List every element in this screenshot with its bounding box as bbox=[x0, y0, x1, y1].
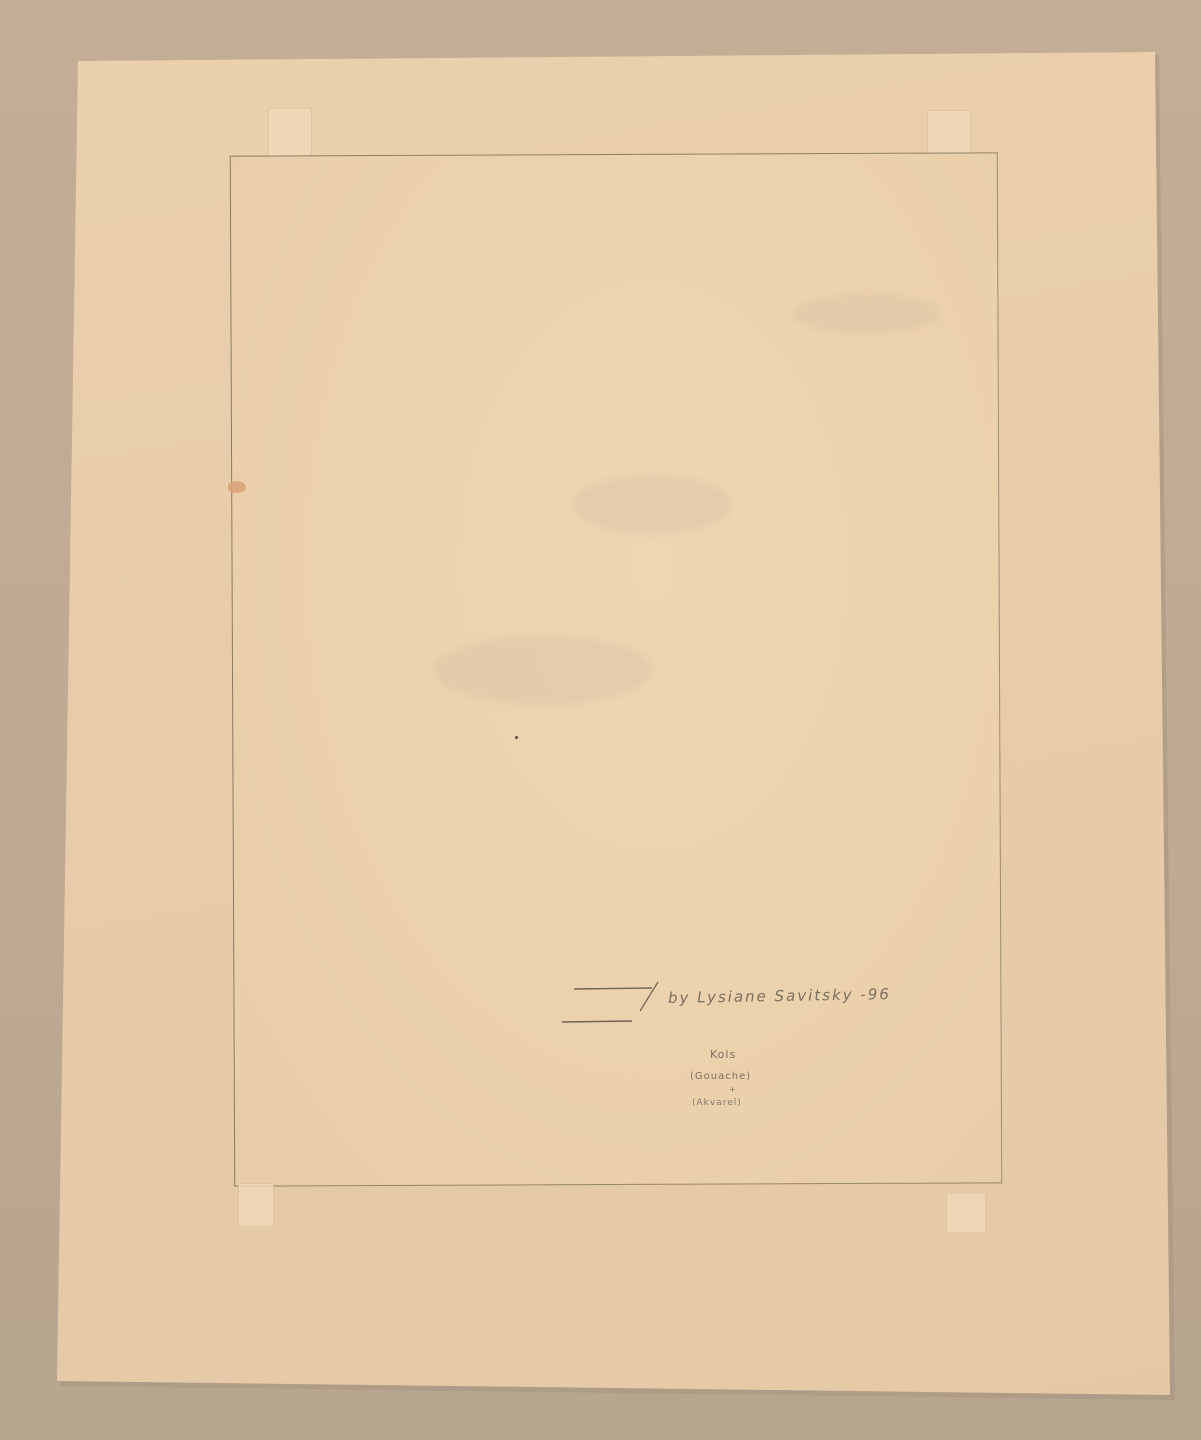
smudge bbox=[572, 474, 732, 535]
smudge bbox=[433, 635, 653, 706]
tape-bottom-left bbox=[238, 1183, 274, 1227]
paint-stain bbox=[228, 481, 246, 493]
medium-plus: + bbox=[729, 1085, 736, 1094]
pencil-inscription: by Lysiane Savitsky -96 Kols (Gouache) +… bbox=[560, 975, 980, 1145]
artist-signature: by Lysiane Savitsky -96 bbox=[668, 985, 891, 1007]
roman-numeral-mark bbox=[560, 975, 660, 1025]
medium-text-2: (Akvarel) bbox=[692, 1098, 742, 1108]
title-text: Kols bbox=[710, 1048, 736, 1061]
smudge bbox=[791, 294, 941, 335]
tape-top-right bbox=[927, 110, 971, 158]
medium-text-1: (Gouache) bbox=[690, 1071, 751, 1082]
tape-top-left bbox=[268, 108, 312, 162]
dust-speck bbox=[515, 736, 518, 739]
tape-bottom-right bbox=[946, 1193, 986, 1233]
